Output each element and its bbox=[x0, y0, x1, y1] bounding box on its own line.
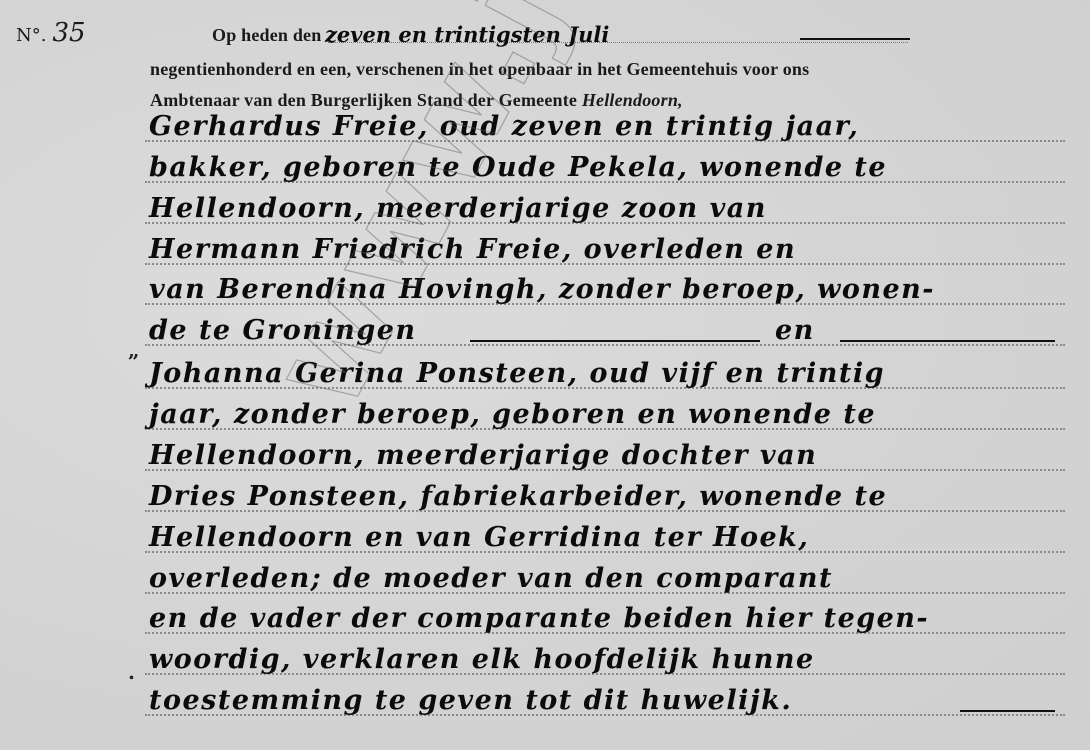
record-number-prefix: N°. bbox=[16, 25, 46, 46]
handwritten-line: Hellendoorn, meerderjarige dochter van bbox=[145, 437, 1065, 477]
margin-mark: . bbox=[128, 660, 135, 684]
printed-line-3-prefix: Ambtenaar van den Burgerlijken Stand der… bbox=[150, 90, 577, 110]
date-fillin: zeven en trintigsten Juli bbox=[325, 22, 609, 47]
blank-dash bbox=[840, 340, 1055, 342]
document-page: N°.35 Op heden den zeven en trintigsten … bbox=[0, 0, 1090, 750]
handwritten-line: jaar, zonder beroep, geboren en wonende … bbox=[145, 396, 1065, 436]
printed-line-1: Op heden den bbox=[212, 25, 321, 46]
handwritten-line: de te Groningen en bbox=[145, 312, 1065, 352]
margin-mark: „ bbox=[128, 338, 140, 362]
printed-line-2: negentienhonderd en een, verschenen in h… bbox=[150, 59, 809, 80]
printed-municipality: Hellendoorn, bbox=[582, 90, 683, 110]
closing-dash bbox=[960, 710, 1055, 712]
record-number-value: 35 bbox=[52, 18, 85, 48]
handwritten-line: Hellendoorn en van Gerridina ter Hoek, bbox=[145, 519, 1065, 559]
handwritten-line: van Berendina Hovingh, zonder beroep, wo… bbox=[145, 271, 1065, 311]
blank-dash bbox=[470, 340, 760, 342]
handwritten-line: en de vader der comparante beiden hier t… bbox=[145, 600, 1065, 640]
handwritten-line: Hermann Friedrich Freie, overleden en bbox=[145, 231, 1065, 271]
handwritten-line: Johanna Gerina Ponsteen, oud vijf en tri… bbox=[145, 355, 1065, 395]
handwritten-line: overleden; de moeder van den comparant bbox=[145, 560, 1065, 600]
handwritten-line: woordig, verklaren elk hoofdelijk hunne bbox=[145, 641, 1065, 681]
handwritten-line: Hellendoorn, meerderjarige zoon van bbox=[145, 190, 1065, 230]
handwritten-line: toestemming te geven tot dit huwelijk. bbox=[145, 682, 1065, 722]
record-number: N°.35 bbox=[16, 18, 86, 48]
handwritten-line: Gerhardus Freie, oud zeven en trintig ja… bbox=[145, 108, 1065, 148]
connector-en: en bbox=[775, 315, 815, 346]
date-fillin-dash bbox=[800, 38, 910, 40]
handwritten-line: Dries Ponsteen, fabriekarbeider, wonende… bbox=[145, 478, 1065, 518]
handwritten-line: bakker, geboren te Oude Pekela, wonende … bbox=[145, 149, 1065, 189]
